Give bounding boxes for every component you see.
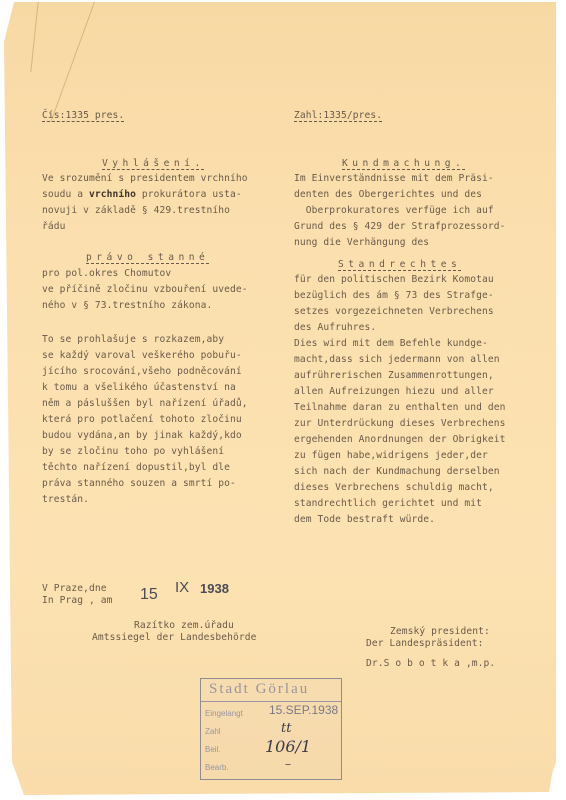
place-czech: V Praze,dne bbox=[42, 583, 107, 595]
text-line: práva stanného souzen a smrtí po- bbox=[42, 476, 236, 492]
text-line: nung die Verhängung des bbox=[294, 235, 429, 251]
handwritten-file-number: 106/1 bbox=[265, 737, 311, 756]
text-line: bezüglich des ám § 73 des Strafge- bbox=[294, 288, 494, 304]
text-line: trestán. bbox=[42, 492, 89, 508]
text-line: by se zločinu toho po vyhlášení bbox=[42, 444, 224, 460]
text-line: soudu a vrchního prokurátora usta- bbox=[42, 187, 242, 203]
date-year: 1938 bbox=[200, 581, 229, 596]
text-line: denten des Obergerichtes und des bbox=[294, 187, 482, 203]
text-line: für den politischen Bezirk Komotau bbox=[294, 272, 494, 288]
text-line: To se prohlašuje s rozkazem,aby bbox=[42, 332, 224, 348]
receipt-stamp: Stadt Görlau Eingelangt Zahl Beil. Bearb… bbox=[200, 678, 342, 780]
text-line: se každý varoval veškerého pobuřu- bbox=[42, 348, 242, 364]
german-reference-number: Zahl:1335/pres. bbox=[294, 108, 382, 124]
text-line: pro pol.okres Chomutov bbox=[42, 266, 171, 282]
place-german: In Prag , am bbox=[42, 595, 113, 607]
signature: Dr.S o b o t k a ,m.p. bbox=[366, 658, 495, 670]
stamp-row-label: Bearb. bbox=[205, 763, 229, 772]
seal-label-czech: Razítko zem.úřadu bbox=[134, 620, 234, 632]
text-line: zu fügen habe,widrigens jeder,der bbox=[294, 448, 488, 464]
paper-fold bbox=[50, 2, 95, 122]
text-line: novuji v základě § 429.trestního bbox=[42, 203, 230, 219]
stamp-date: 15.SEP.1938 bbox=[269, 703, 338, 717]
text-line: allen Aufreizungen hiezu und aller bbox=[294, 384, 494, 400]
text-line: Oberprokuratores verfüge ich auf bbox=[294, 203, 494, 219]
stamp-row-label: Beil. bbox=[205, 745, 221, 754]
date-day: 15 bbox=[140, 586, 158, 604]
text-line: řádu bbox=[42, 219, 66, 235]
text-line: macht,dass sich jedermann von allen bbox=[294, 352, 500, 368]
text-line: zur Unterdrückung dieses Verbrechens bbox=[294, 416, 506, 432]
text-line: Ve srozumění s presidentem vrchního bbox=[42, 171, 248, 187]
text-line: ergehenden Anordnungen der Obrigkeit bbox=[294, 432, 506, 448]
text-line: sich nach der Kundmachung derselben bbox=[294, 464, 500, 480]
paper-fold bbox=[30, 2, 38, 72]
text-line: k tomu a všelikého účastenství na bbox=[42, 380, 236, 396]
text-line: něm a pásluššen byl nařízení úřadů, bbox=[42, 396, 248, 412]
text-line: Im Einverständnisse mit dem Präsi- bbox=[294, 171, 494, 187]
czech-title: Vyhlášení. bbox=[102, 156, 205, 172]
text-line: Grund des § 429 der Strafprozessord- bbox=[294, 219, 506, 235]
text-line: setzes vorgezeichneten Verbrechens bbox=[294, 304, 494, 320]
text-line: standrechtlich gerichtet und mit bbox=[294, 496, 482, 512]
czech-heading-martial-law: právo stanné bbox=[86, 250, 209, 266]
german-title: Kundmachung. bbox=[342, 156, 465, 172]
text-line: budou vydána,an by jinak každý,kdo bbox=[42, 428, 242, 444]
text-line: ve příčině zločinu vzbouření uvede- bbox=[42, 282, 248, 298]
stamp-row-label: Zahl bbox=[205, 727, 221, 736]
text-line: Teilnahme daran zu enthalten und den bbox=[294, 400, 506, 416]
stamp-header: Stadt Görlau bbox=[209, 681, 309, 698]
text-line: Dies wird mit dem Befehle kundge- bbox=[294, 336, 488, 352]
text-line: dieses Verbrechens schuldig macht, bbox=[294, 480, 494, 496]
text-line: která pro potlačení tohoto zločinu bbox=[42, 412, 242, 428]
german-heading-martial-law: Standrechtes bbox=[338, 257, 461, 273]
stamp-divider bbox=[201, 701, 341, 702]
seal-label-german: Amtssiegel der Landesbehörde bbox=[92, 632, 257, 644]
text-line: těchto nařízení dopustil,byl dle bbox=[42, 460, 230, 476]
president-title-czech: Zemský president: bbox=[390, 626, 490, 638]
stamp-row-label: Eingelangt bbox=[205, 709, 243, 718]
handwritten-mark: tt bbox=[281, 721, 291, 736]
text-line: ného v § 73.trestního zákona. bbox=[42, 298, 212, 314]
text-line: des Aufruhres. bbox=[294, 320, 376, 336]
handwritten-dash: – bbox=[285, 757, 291, 771]
text-line: aufrührerischen Zusammenrottungen, bbox=[294, 368, 494, 384]
text-line: jícího srocování,všeho podněcování bbox=[42, 364, 242, 380]
bold-word: vrchního bbox=[89, 189, 136, 200]
president-title-german: Der Landespräsident: bbox=[366, 638, 484, 650]
date-month: IX bbox=[175, 579, 189, 596]
czech-reference-number: Čís:1335 pres. bbox=[42, 108, 124, 124]
text-line: dem Tode bestraft würde. bbox=[294, 512, 435, 528]
